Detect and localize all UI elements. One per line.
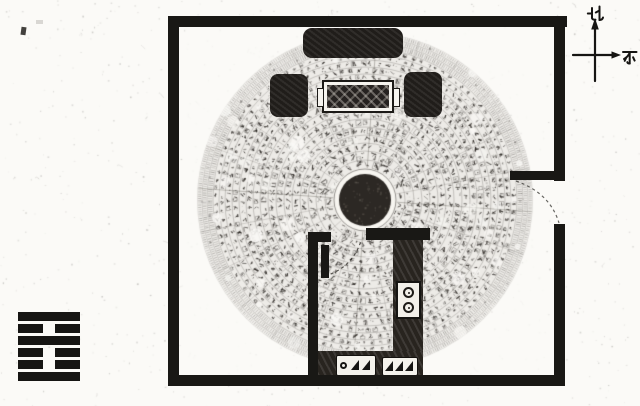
east-arrowhead-icon — [612, 51, 622, 58]
hexagram-line-6-yang — [18, 372, 80, 381]
outer-wall-right-lower — [554, 224, 565, 386]
sink — [336, 355, 376, 376]
north-label-glyph — [588, 7, 603, 21]
sofa — [303, 28, 403, 58]
sink-glyph-icon — [362, 360, 370, 370]
sink-basin-icon — [340, 362, 347, 369]
luopan-compass-texture — [0, 0, 640, 406]
hexagram-symbol — [18, 312, 80, 384]
armchair-left — [270, 74, 308, 117]
scan-mark — [36, 20, 43, 24]
hexagram-line-1-yang — [18, 312, 80, 321]
compass-rose-icon — [554, 2, 640, 94]
kitchen-door-leaf — [321, 245, 329, 278]
appliance-hatch-icon — [395, 361, 403, 371]
hexagram-line-3-yang — [18, 336, 80, 345]
outer-wall-left — [168, 16, 179, 386]
coffee-table-left-tab — [317, 88, 324, 107]
coffee-table-right-tab — [393, 88, 400, 107]
sink-glyph-icon — [351, 360, 359, 370]
kitchen-left-wall — [308, 232, 318, 376]
east-label-glyph — [623, 52, 637, 64]
stove-burner-icon — [403, 302, 414, 313]
hexagram-line-4-yin — [18, 348, 80, 357]
outer-wall-bottom — [168, 375, 565, 386]
coffee-table — [322, 80, 394, 113]
hexagram-line-2-yin — [18, 324, 80, 333]
stove — [396, 281, 421, 319]
appliance-hatch-icon — [385, 361, 393, 371]
coffee-table-top — [327, 85, 389, 108]
kitchen-top-wall — [366, 228, 430, 240]
scanned-fengshui-floorplan: 北 东 — [0, 0, 640, 406]
armchair-right — [404, 72, 442, 117]
appliance — [382, 357, 418, 376]
stove-burner-icon — [403, 287, 414, 298]
compass-rose: 北 东 — [554, 2, 640, 94]
outer-wall-top — [168, 16, 567, 27]
entry-recess-wall — [510, 171, 565, 180]
appliance-hatch-icon — [405, 361, 413, 371]
kitchen-doorframe-cap — [308, 232, 331, 242]
hexagram-line-5-yin — [18, 360, 80, 369]
